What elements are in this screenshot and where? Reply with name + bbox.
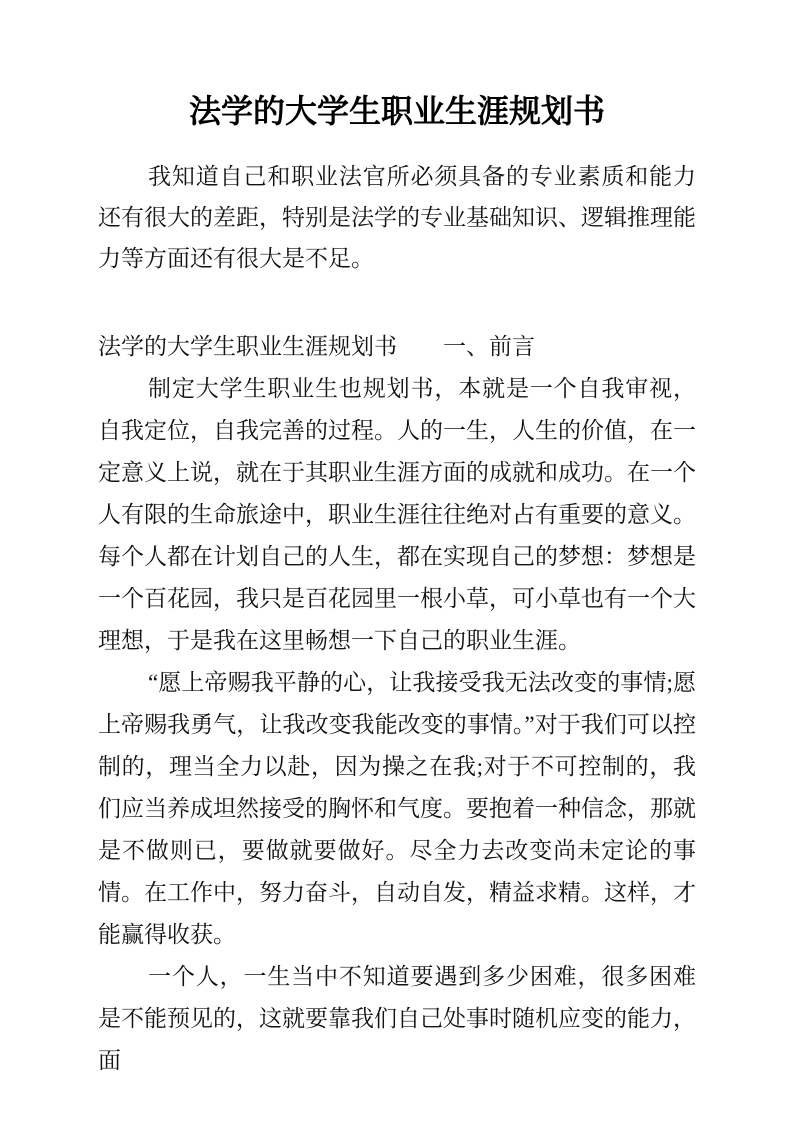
- section-heading: 法学的大学生职业生涯规划书 一、前言: [98, 326, 696, 368]
- preface-paragraph: 制定大学生职业生也规划书，本就是一个自我审视，自我定位，自我完善的过程。人的一生…: [98, 368, 696, 662]
- intro-paragraph: 我知道自己和职业法官所必须具备的专业素质和能力还有很大的差距，特别是法学的专业基…: [98, 156, 696, 279]
- document-title: 法学的大学生职业生涯规划书: [98, 88, 696, 134]
- quote-paragraph: “愿上帝赐我平静的心，让我接受我无法改变的事情;愿上帝赐我勇气，让我改变我能改变…: [98, 662, 696, 956]
- blank-line-spacer: [98, 279, 696, 326]
- difficulties-paragraph: 一个人，一生当中不知道要遇到多少困难，很多困难是不能预见的，这就要靠我们自己处事…: [98, 956, 696, 1082]
- document-page: 法学的大学生职业生涯规划书 我知道自己和职业法官所必须具备的专业素质和能力还有很…: [0, 0, 793, 1122]
